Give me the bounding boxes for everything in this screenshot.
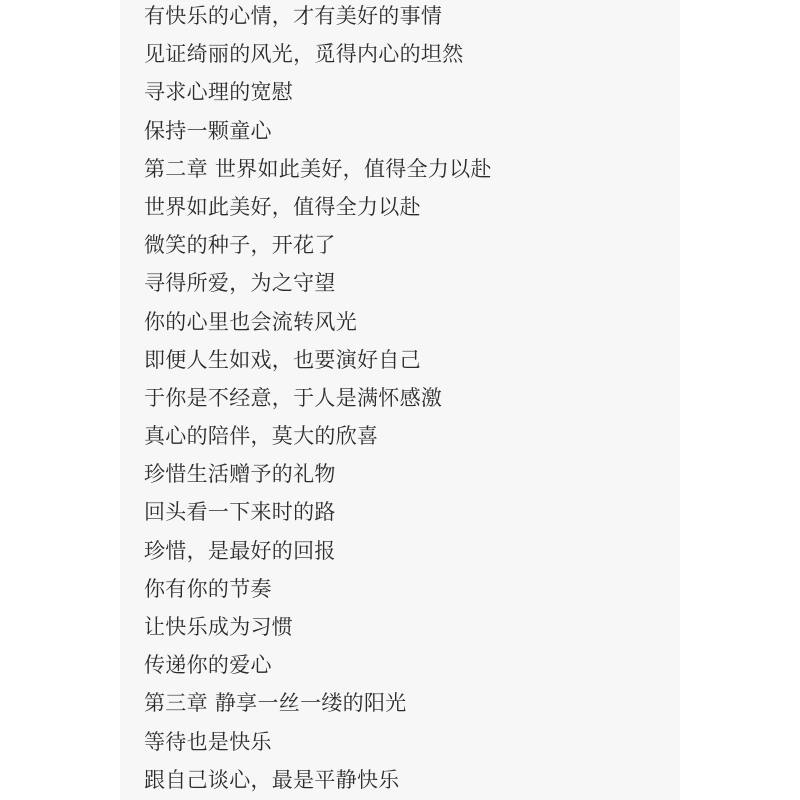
toc-entry[interactable]: 等待也是快乐 — [144, 723, 492, 761]
toc-entry[interactable]: 你有你的节奏 — [144, 570, 492, 608]
toc-entry[interactable]: 跟自己谈心，最是平静快乐 — [144, 761, 492, 799]
toc-entry[interactable]: 世界如此美好，值得全力以赴 — [144, 188, 492, 226]
toc-entry[interactable]: 有快乐的心情，才有美好的事情 — [144, 0, 492, 35]
toc-entry[interactable]: 见证绮丽的风光，觅得内心的坦然 — [144, 35, 492, 73]
toc-entry[interactable]: 微笑的种子，开花了 — [144, 226, 492, 264]
toc-entry[interactable]: 让快乐成为习惯 — [144, 608, 492, 646]
toc-entry[interactable]: 珍惜生活赠予的礼物 — [144, 455, 492, 493]
toc-chapter-heading[interactable]: 第三章 静享一丝一缕的阳光 — [144, 684, 492, 722]
toc-entry[interactable]: 你的心里也会流转风光 — [144, 303, 492, 341]
toc-entry[interactable]: 寻得所爱，为之守望 — [144, 264, 492, 302]
toc-entry[interactable]: 保持一颗童心 — [144, 112, 492, 150]
toc-entry[interactable]: 传递你的爱心 — [144, 646, 492, 684]
table-of-contents-list: 有快乐的心情，才有美好的事情 见证绮丽的风光，觅得内心的坦然 寻求心理的宽慰 保… — [144, 0, 492, 799]
toc-entry[interactable]: 回头看一下来时的路 — [144, 493, 492, 531]
toc-entry[interactable]: 珍惜，是最好的回报 — [144, 532, 492, 570]
toc-entry[interactable]: 寻求心理的宽慰 — [144, 73, 492, 111]
toc-entry[interactable]: 即便人生如戏，也要演好自己 — [144, 341, 492, 379]
toc-chapter-heading[interactable]: 第二章 世界如此美好，值得全力以赴 — [144, 150, 492, 188]
toc-entry[interactable]: 真心的陪伴，莫大的欣喜 — [144, 417, 492, 455]
toc-entry[interactable]: 于你是不经意，于人是满怀感激 — [144, 379, 492, 417]
